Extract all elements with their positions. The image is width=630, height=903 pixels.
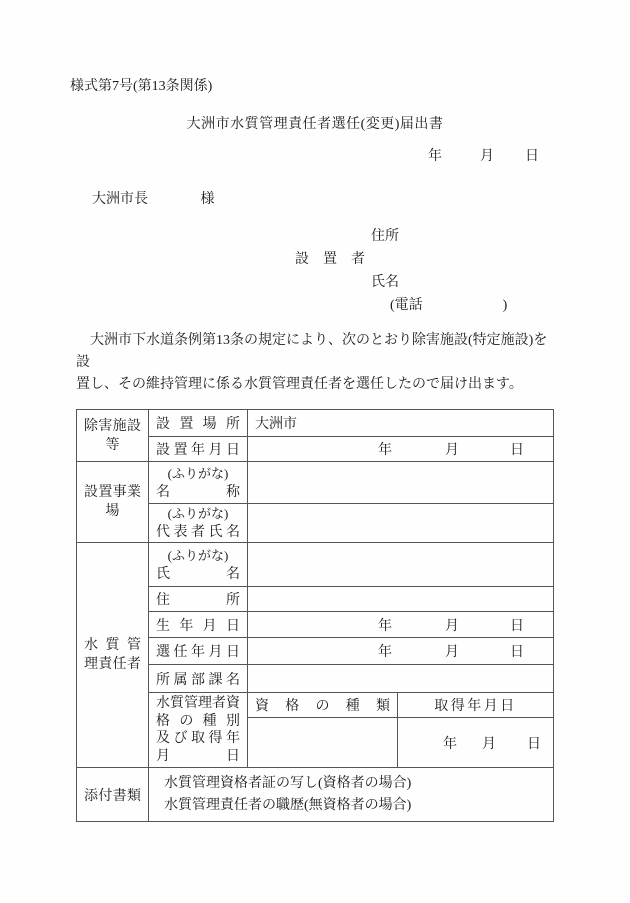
- row-label-qualification: 水質管理者資 格の種別 及び取得年 月日: [149, 693, 248, 768]
- day-label: 日: [510, 439, 524, 459]
- submitter-role-label: 設 置 者: [0, 248, 630, 271]
- attachment-line-1: 水質管理資格者証の写し(資格者の場合): [164, 773, 546, 795]
- group-facility-line2: 等: [84, 436, 141, 455]
- group-cell-facility: 除害施設 等: [77, 410, 149, 462]
- field-location-value: 大洲市: [248, 410, 554, 437]
- field-manager-name-blank: [248, 543, 554, 587]
- manager-name-label: 氏名: [156, 565, 240, 584]
- submitter-phone-line: (電話): [0, 294, 630, 317]
- day-label: 日: [527, 733, 541, 753]
- table-row: 添付書類 水質管理資格者証の写し(資格者の場合) 水質管理責任者の職歴(無資格者…: [77, 768, 554, 822]
- subheader-qualification-type: 資格の種類: [248, 693, 398, 718]
- row-label-manager-name: (ふりがな) 氏名: [149, 543, 248, 587]
- document-page: 様式第7号(第13条関係) 大洲市水質管理責任者選任(変更)届出書 年 月 日 …: [0, 0, 630, 903]
- table-row: 所属部課名: [77, 665, 554, 693]
- body-paragraph: 大洲市下水道条例第13条の規定により、次のとおり除害施設(特定施設)を設 置し、…: [0, 330, 554, 396]
- addressee-line: 大洲市長 様: [0, 191, 630, 208]
- month-label: 月: [482, 733, 496, 753]
- table-row: 水質管 理責任者 (ふりがな) 氏名: [77, 543, 554, 587]
- month-label: 月: [480, 148, 494, 165]
- addressee-name: 大洲市長: [92, 192, 148, 207]
- day-label: 日: [510, 641, 524, 661]
- field-birth-date: 年 月 日: [248, 612, 554, 638]
- day-label: 日: [510, 615, 524, 635]
- row-label-representative: (ふりがな) 代表者氏名: [149, 504, 248, 543]
- year-label: 年: [378, 439, 392, 459]
- year-label: 年: [428, 148, 442, 165]
- table-row: 選任年月日 年 月 日: [77, 638, 554, 665]
- form-table: 除害施設 等 設置場所 大洲市 設置年月日 年 月 日 設置事業 場 (ふり: [76, 409, 554, 822]
- honorific: 様: [201, 192, 215, 207]
- group-cell-manager: 水質管 理責任者: [77, 543, 149, 768]
- table-row: 設置年月日 年 月 日: [77, 437, 554, 462]
- row-label-manager-address: 住所: [149, 587, 248, 612]
- name-label: 名称: [156, 483, 240, 502]
- qualification-label-line4: 月日: [156, 748, 240, 766]
- group-workplace-line1: 設置事業: [84, 483, 141, 502]
- row-label-install-date: 設置年月日: [149, 437, 248, 462]
- field-manager-address-blank: [248, 587, 554, 612]
- phone-close-paren: ): [503, 298, 508, 313]
- table-row: (ふりがな) 代表者氏名: [77, 504, 554, 543]
- row-label-appointment-date: 選任年月日: [149, 638, 248, 665]
- field-install-date: 年 月 日: [248, 437, 554, 462]
- submitter-block: 住所 設 置 者 氏名 (電話): [0, 225, 630, 317]
- table-row: 除害施設 等 設置場所 大洲市: [77, 410, 554, 437]
- month-label: 月: [445, 439, 459, 459]
- body-line-2: 置し、その維持管理に係る水質管理責任者を選任したので届け出ます。: [76, 374, 554, 396]
- row-label-name: (ふりがな) 名称: [149, 462, 248, 504]
- day-label: 日: [525, 148, 539, 165]
- field-qualification-type-blank: [248, 718, 398, 768]
- group-workplace-line2: 場: [84, 502, 141, 521]
- group-manager-line1: 水質管: [84, 636, 141, 655]
- phone-label: (電話: [390, 298, 423, 313]
- month-label: 月: [445, 615, 459, 635]
- group-facility-line1: 除害施設: [84, 417, 141, 436]
- submission-date-line: 年 月 日: [0, 148, 630, 165]
- field-representative-blank: [248, 504, 554, 543]
- qualification-label-line1: 水質管理者資: [156, 695, 240, 713]
- month-label: 月: [445, 641, 459, 661]
- form-number: 様式第7号(第13条関係): [0, 78, 630, 95]
- furigana-label: (ふりがな): [156, 504, 240, 523]
- furigana-label: (ふりがな): [156, 464, 240, 483]
- qualification-label-line2: 格の種別: [156, 713, 240, 731]
- table-row: 水質管理者資 格の種別 及び取得年 月日 資格の種類 取得年月日: [77, 693, 554, 718]
- year-label: 年: [378, 641, 392, 661]
- qualification-label-line3: 及び取得年: [156, 730, 240, 748]
- table-row: 設置事業 場 (ふりがな) 名称: [77, 462, 554, 504]
- row-label-location: 設置場所: [149, 410, 248, 437]
- representative-label: 代表者氏名: [156, 523, 240, 542]
- field-appointment-date: 年 月 日: [248, 638, 554, 665]
- group-manager-line2: 理責任者: [84, 655, 141, 674]
- furigana-label: (ふりがな): [156, 546, 240, 565]
- field-name-blank: [248, 462, 554, 504]
- attachment-line-2: 水質管理責任者の職歴(無資格者の場合): [164, 795, 546, 817]
- table-row: 生年月日 年 月 日: [77, 612, 554, 638]
- body-line-1: 大洲市下水道条例第13条の規定により、次のとおり除害施設(特定施設)を設: [76, 330, 554, 374]
- field-department-blank: [248, 665, 554, 693]
- group-cell-attachments: 添付書類: [77, 768, 149, 822]
- group-cell-workplace: 設置事業 場: [77, 462, 149, 543]
- field-acquisition-date: 年 月 日: [398, 718, 554, 768]
- submitter-name-label: 氏名: [0, 271, 630, 294]
- row-label-birth-date: 生年月日: [149, 612, 248, 638]
- submitter-address-label: 住所: [0, 225, 630, 248]
- subheader-acquisition-date: 取得年月日: [398, 693, 554, 718]
- year-label: 年: [443, 733, 457, 753]
- row-label-department: 所属部課名: [149, 665, 248, 693]
- year-label: 年: [378, 615, 392, 635]
- attachments-content: 水質管理資格者証の写し(資格者の場合) 水質管理責任者の職歴(無資格者の場合): [149, 768, 554, 822]
- table-row: 住所: [77, 587, 554, 612]
- page-title: 大洲市水質管理責任者選任(変更)届出書: [0, 116, 630, 133]
